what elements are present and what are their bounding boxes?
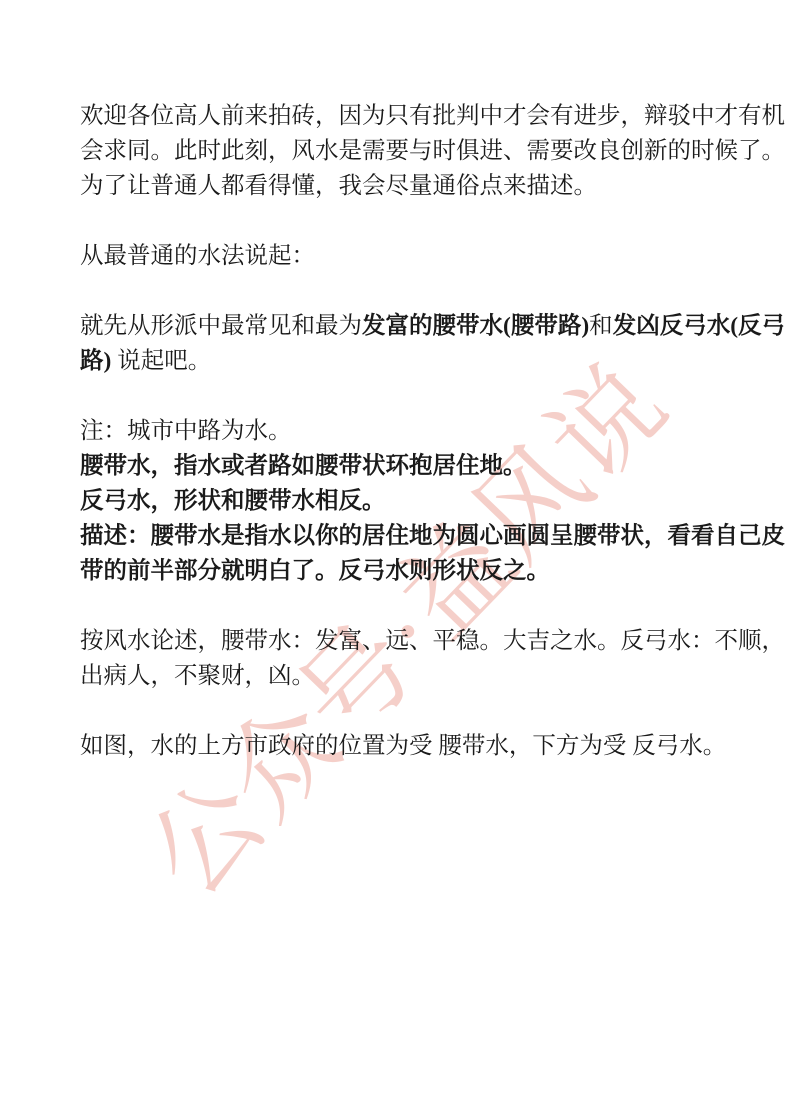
document-body: 欢迎各位高人前来拍砖，因为只有批判中才会有进步，辩驳中才有机会求同。此时此刻，风…	[0, 0, 791, 764]
bold-text-run: 发富的腰带水(腰带路)	[362, 313, 589, 339]
text-run: 就先从形派中最常见和最为	[80, 313, 362, 339]
paragraph: 如图，水的上方市政府的位置为受 腰带水，下方为受 反弓水。	[80, 729, 785, 764]
text-run: 欢迎各位高人前来拍砖，因为只有批判中才会有进步，辩驳中才有机会求同。此时此刻，风…	[80, 103, 785, 199]
document-page: 公众号·益风说 欢迎各位高人前来拍砖，因为只有批判中才会有进步，辩驳中才有机会求…	[0, 0, 791, 1111]
text-run: 说起吧。	[111, 348, 211, 374]
paragraph: 按风水论述，腰带水：发富、远、平稳。大吉之水。反弓水：不顺，出病人，不聚财，凶。	[80, 624, 785, 694]
paragraph: 描述：腰带水是指水以你的居住地为圆心画圆呈腰带状，看看自己皮带的前半部分就明白了…	[80, 519, 785, 589]
bold-text-run: 腰带水，指水或者路如腰带状环抱居住地。	[80, 453, 527, 479]
paragraph: 从最普通的水法说起：	[80, 239, 785, 274]
bold-text-run: 反弓水，形状和腰带水相反。	[80, 488, 386, 514]
paragraph: 注：城市中路为水。	[80, 414, 785, 449]
text-run: 和	[589, 313, 613, 339]
text-run: 如图，水的上方市政府的位置为受 腰带水，下方为受 反弓水。	[80, 733, 726, 759]
text-run: 按风水论述，腰带水：发富、远、平稳。大吉之水。反弓水：不顺，出病人，不聚财，凶。	[80, 628, 785, 689]
paragraph: 腰带水，指水或者路如腰带状环抱居住地。	[80, 449, 785, 484]
bold-text-run: 描述：腰带水是指水以你的居住地为圆心画圆呈腰带状，看看自己皮带的前半部分就明白了…	[80, 523, 785, 584]
paragraph: 反弓水，形状和腰带水相反。	[80, 484, 785, 519]
text-run: 注：城市中路为水。	[80, 418, 292, 444]
paragraph: 欢迎各位高人前来拍砖，因为只有批判中才会有进步，辩驳中才有机会求同。此时此刻，风…	[80, 99, 785, 204]
text-run: 从最普通的水法说起：	[80, 243, 315, 269]
paragraph: 就先从形派中最常见和最为发富的腰带水(腰带路)和发凶反弓水(反弓路) 说起吧。	[80, 309, 785, 379]
